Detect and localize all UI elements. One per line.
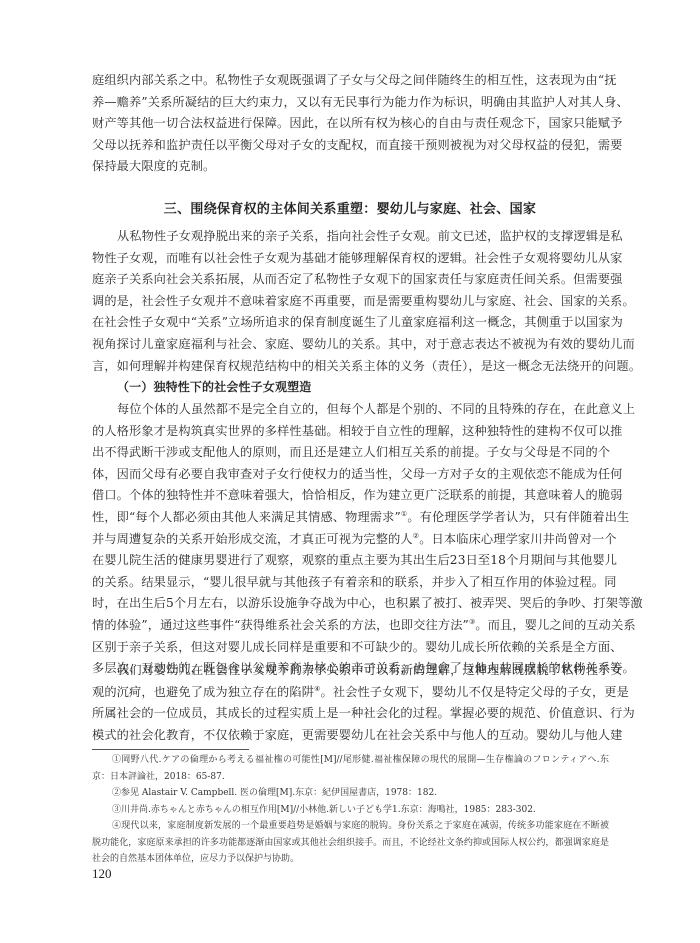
text-line: 从私物性子女观挣脱出来的亲子关系，指向社会性子女观。前文已述，监护权的支撑逻辑是…	[92, 226, 609, 248]
text-line: 区别于亲子关系，但这对婴儿成长同样是重要和不可缺少的。婴幼儿成长所依赖的关系是全…	[92, 637, 609, 659]
paragraph-4: 我们对婴幼儿在社会性子女观下的亲子关系中可以有新的理解，这种理解既摆脱了私物性子…	[92, 660, 609, 746]
text-segment: 性，即“每个人都必须由其他人来满足其情感、物理需求”	[92, 510, 401, 524]
text-segment: 。而且，婴儿之间的互动关系	[475, 618, 635, 632]
text-segment: 情的体验”，通过这些事件“获得维系社会关系的方法，也即交往方法”	[92, 618, 469, 632]
text-segment: 观的沉疴，也避免了成为独立存在的陷阱	[92, 685, 314, 699]
footnote-1: ①岡野八代.ケアの倫理から考える福祉権の可能性[M]//尾形健.福祉権保障の現代…	[92, 752, 609, 769]
page-number: 120	[92, 866, 112, 882]
text-segment: 。日本临床心理学家川井尚曾对一个	[419, 532, 616, 546]
text-line: 庭亲子关系向社会关系拓展，从而否定了私物性子女观下的国家责任与家庭责任间关系。但…	[92, 269, 609, 291]
footnotes: ①岡野八代.ケアの倫理から考える福祉権の可能性[M]//尾形健.福祉権保障の現代…	[92, 752, 609, 868]
text-line: 调的是，社会性子女观并不意味着家庭不再重要，而是需要重构婴幼儿与家庭、社会、国家…	[92, 291, 609, 313]
document-page: 庭组织内部关系之中。私物性子女观既强调了子女与父母之间伴随终生的相互性，这表现为…	[0, 0, 700, 943]
text-line: 的人格形象才是构筑真实世界的多样性基础。相较于自立性的理解，这种独特性的建构不仅…	[92, 421, 609, 443]
text-line: 物性子女观，而唯有以社会性子女观为基础才能够理解保育权的逻辑。社会性子女观将婴幼…	[92, 248, 609, 270]
section-heading: 三、围绕保育权的主体间关系重塑：婴幼儿与家庭、社会、国家	[0, 198, 700, 217]
paragraph-2: 从私物性子女观挣脱出来的亲子关系，指向社会性子女观。前文已述，监护权的支撑逻辑是…	[92, 226, 609, 399]
text-segment: 并与周遭复杂的关系开始形成交流，才真正可视为完整的人	[92, 532, 413, 546]
text-line: 财产等其他一切合法权益进行保障。因此，在以所有权为核心的自由与责任观念下，国家只…	[92, 113, 609, 135]
text-line: 所属社会的一位成员，其成长的过程实质上是一种社会化的过程。掌握必要的规范、价值意…	[92, 703, 609, 725]
text-line: 出不得武断干涉或支配他人的原则，而且还是建立人们相互关系的前提。子女与父母是不同…	[92, 442, 609, 464]
footnote-4-cont: 社会的自然基本团体单位，应尽力予以保护与协助。	[92, 851, 609, 868]
text-line: 借口。个体的独特性并不意味着强大，恰恰相反，作为建立更广泛联系的前提，其意味着人…	[92, 485, 609, 507]
text-line: 庭组织内部关系之中。私物性子女观既强调了子女与父母之间伴随终生的相互性，这表现为…	[92, 70, 609, 92]
text-line: 性，即“每个人都必须由其他人来满足其情感、物理需求”①。有伦理医学学者认为，只有…	[92, 507, 609, 529]
footnote-4-cont: 脱功能化，家庭原来承担的许多功能都逐渐由国家或其他社会组织接手。而且，不论经社文…	[92, 835, 609, 852]
paragraph-1: 庭组织内部关系之中。私物性子女观既强调了子女与父母之间伴随终生的相互性，这表现为…	[92, 70, 609, 178]
text-line: 体，因而父母有必要自我审查对子女行使权力的适当性，父母一方对子女的主观依恋不能成…	[92, 464, 609, 486]
footnote-2: ②参见 Alastair V. Campbell. 医の倫理[M].东京：紀伊国…	[92, 785, 609, 802]
text-line: 养—赡养”关系所凝结的巨大约束力，又以有无民事行为能力作为标识，明确由其监护人对…	[92, 92, 609, 114]
text-line: 模式的社会化教育，不仅依赖于家庭，更需要婴幼儿在社会关系中与他人的互动。婴幼儿与…	[92, 725, 609, 747]
text-line: 在婴儿院生活的健康男婴进行了观察，观察的重点主要为其出生后23日至18个月期间与…	[92, 550, 609, 572]
text-line: 视角探讨儿童家庭福利与社会、家庭、婴幼儿的关系。其中，对于意志表达不被视为有效的…	[92, 334, 609, 356]
text-line: 父母以抚养和监护责任以平衡父母对子女的支配权，而直接干预则被视为对父母权益的侵犯…	[92, 135, 609, 157]
text-line: 的关系。结果显示，“婴儿很早就与其他孩子有着亲和的联系，并步入了相互作用的体验过…	[92, 572, 609, 594]
text-line: 情的体验”，通过这些事件“获得维系社会关系的方法，也即交往方法”③。而且，婴儿之…	[92, 615, 609, 637]
text-line: 我们对婴幼儿在社会性子女观下的亲子关系中可以有新的理解，这种理解既摆脱了私物性子…	[92, 660, 609, 682]
footnote-divider	[92, 749, 249, 750]
text-line: 在社会性子女观中“关系”立场所追求的保育制度诞生了儿童家庭福利这一概念，其侧重于…	[92, 312, 609, 334]
text-line: 保持最大限度的克制。	[92, 156, 609, 178]
footnote-3: ③川井尚.赤ちゃんと赤ちゃんの相互作用[M]//小林他.新しい子ども学1.东京：…	[92, 802, 609, 819]
text-line: 并与周遭复杂的关系开始形成交流，才真正可视为完整的人②。日本临床心理学家川井尚曾…	[92, 529, 609, 551]
text-segment: 。社会性子女观下，婴幼儿不仅是特定父母的子女，更是	[321, 685, 629, 699]
text-line: 言，如何理解并构建保育权规范结构中的相关关系主体的义务（责任），是这一概念无法绕…	[92, 356, 609, 378]
subsection-heading: （一）独特性下的社会性子女观塑造	[92, 377, 609, 399]
footnote-4: ④现代以来，家庭制度新发展的一个最重要趋势是婚姻与家庭的脱钩。身份关系之于家庭在…	[92, 818, 609, 835]
text-segment: 。有伦理医学学者认为，只有伴随着出生	[407, 510, 629, 524]
footnote-1-cont: 京：日本評論社，2018：65-87.	[92, 769, 609, 786]
paragraph-3: 每位个体的人虽然都不是完全自立的，但每个人都是个别的、不同的且特殊的存在，在此意…	[92, 399, 609, 680]
text-line: 观的沉疴，也避免了成为独立存在的陷阱④。社会性子女观下，婴幼儿不仅是特定父母的子…	[92, 682, 609, 704]
text-line: 时，在出生后5个月左右，以游乐设施争夺战为中心，也积累了被打、被弄哭、哭后的争吵…	[92, 593, 609, 615]
text-line: 每位个体的人虽然都不是完全自立的，但每个人都是个别的、不同的且特殊的存在，在此意…	[92, 399, 609, 421]
